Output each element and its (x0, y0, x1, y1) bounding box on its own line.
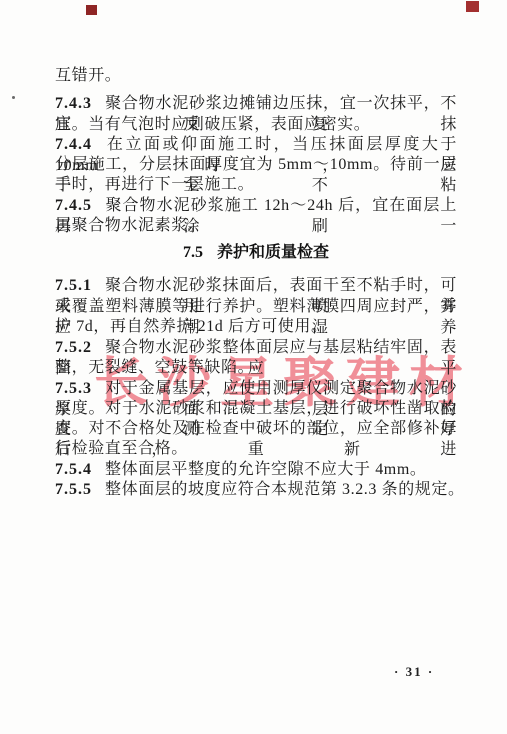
text-line: 层聚合物水泥素浆。 (55, 215, 457, 236)
clause-number: 7.4.3 (55, 95, 92, 112)
text-line: 整，无裂缝、空鼓等缺陷。 (55, 357, 457, 378)
text-line: 7.5.3对于金属基层，应使用测厚仪测定聚合物水泥砂浆面层的 (55, 378, 457, 399)
text-line: 7.5.1聚合物水泥砂浆抹面后，表面干至不粘手时，可采用喷雾 (55, 275, 457, 296)
page-number: · 31 · (394, 664, 434, 680)
text-line: 7.4.4在立面或仰面施工时，当压抹面层厚度大于 10mm 时，应 (55, 134, 457, 155)
clause-number: 7.5.4 (55, 461, 92, 478)
text-line: 7.5.2聚合物水泥砂浆整体面层应与基层粘结牢固，表面应平 (55, 337, 457, 358)
section-heading: 7.5养护和质量检查 (55, 242, 457, 264)
clause-number: 7.4.5 (55, 197, 92, 214)
text-line: 护 7d，再自然养护 21d 后方可使用。 (55, 316, 457, 337)
red-stamp-right (466, 1, 479, 12)
text-line: 互错开。 (55, 65, 457, 86)
text-line: 7.5.5整体面层的坡度应符合本规范第 3.2.3 条的规定。 (55, 479, 457, 500)
clause-number: 7.5.3 (55, 380, 92, 397)
clause-text: 护 7d，再自然养护 21d 后方可使用。 (55, 318, 328, 335)
scan-speck (12, 96, 15, 99)
text-body: 互错开。 7.4.3聚合物水泥砂浆边摊铺边压抹，宜一次抹平，不宜反复抹 压。当有… (55, 0, 457, 734)
text-line: 度。对不合格处及在检查中破坏的部位，应全部修补好后，重新进 (55, 418, 457, 439)
clause-text: 压。当有气泡时应刺破压紧，表面应密实。 (55, 116, 370, 133)
clause-number: 7.5.5 (55, 481, 92, 498)
section-number: 7.5 (183, 244, 203, 261)
text-line: 7.4.3聚合物水泥砂浆边摊铺边压抹，宜一次抹平，不宜反复抹 (55, 93, 457, 114)
clause-number: 7.5.1 (55, 277, 92, 294)
clause-text: 整，无裂缝、空鼓等缺陷。 (55, 359, 254, 376)
clause-text: 手时，再进行下一层施工。 (55, 176, 254, 193)
text-line: 行检验直至合格。 (55, 438, 457, 459)
clause-text: 整体面层的坡度应符合本规范第 3.2.3 条的规定。 (105, 481, 465, 498)
clause-text: 行检验直至合格。 (55, 440, 188, 457)
clause-text: 互错开。 (55, 67, 121, 84)
text-line: 厚度。对于水泥砂浆和混凝土基层，进行破坏性凿取检查测定厚 (55, 398, 457, 419)
text-line: 7.5.4整体面层平整度的允许空隙不应大于 4mm。 (55, 459, 457, 480)
text-line: 分层施工，分层抹面厚度宜为 5mm～10mm。待前一层干至不粘 (55, 154, 457, 175)
clause-text: 层聚合物水泥素浆。 (55, 217, 204, 234)
red-stamp-left (86, 5, 97, 15)
text-line: 手时，再进行下一层施工。 (55, 174, 457, 195)
clause-text: 整体面层平整度的允许空隙不应大于 4mm。 (105, 461, 427, 478)
text-line: 压。当有气泡时应刺破压紧，表面应密实。 (55, 114, 457, 135)
document-page: 长沙星聚建材 互错开。 7.4.3聚合物水泥砂浆边摊铺边压抹，宜一次抹平，不宜反… (0, 0, 507, 734)
clause-number: 7.4.4 (55, 136, 92, 153)
text-line: 或覆盖塑料薄膜等进行养护。塑料薄膜四周应封严，并应潮湿养 (55, 296, 457, 317)
clause-number: 7.5.2 (55, 339, 92, 356)
text-line: 7.4.5聚合物水泥砂浆施工 12h～24h 后，宜在面层上再涂刷一 (55, 195, 457, 216)
section-title: 养护和质量检查 (217, 244, 329, 261)
